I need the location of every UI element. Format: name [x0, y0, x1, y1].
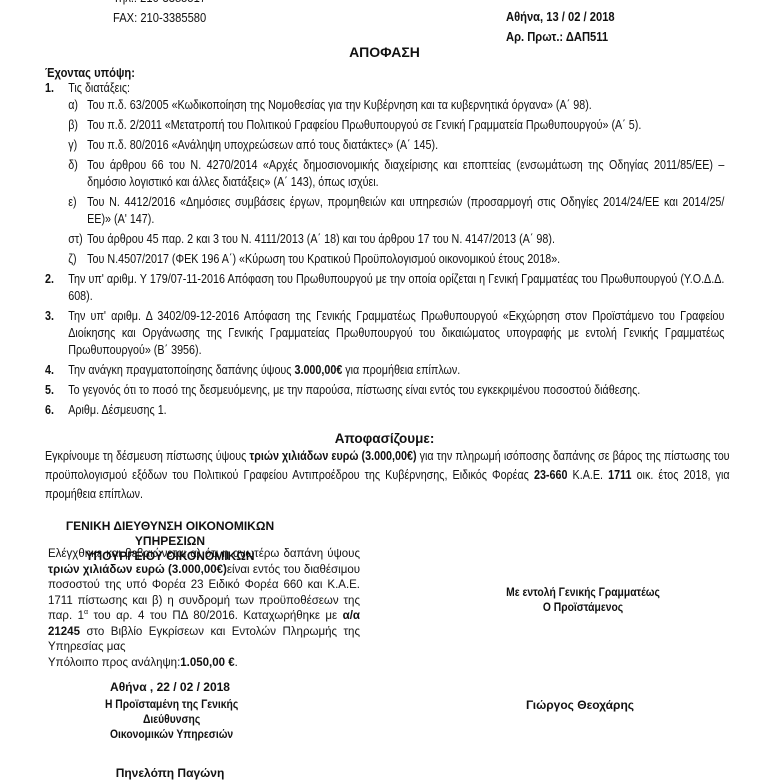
kae-code: 1711 — [608, 468, 631, 482]
fax-number: FAX: 210-3385580 — [113, 8, 206, 28]
list-item: 3. Την υπ' αριθμ. Δ 3402/09-12-2016 Απόφ… — [45, 308, 724, 359]
list-item: 6. Αριθμ. Δέσμευσης 1. — [45, 402, 724, 419]
phone-number: Τηλ.: 210-3385517 — [113, 0, 206, 8]
right-sign-line1: Με εντολή Γενικής Γραμματέως — [497, 585, 669, 600]
considerations-list: 1. Τις διατάξεις: α)Του π.δ. 63/2005 «Κω… — [45, 80, 724, 419]
considering-label: Έχοντας υπόψη: — [45, 64, 135, 81]
item-number: 1. — [45, 80, 68, 97]
item-number: 3. — [45, 308, 68, 359]
remaining-value: 1.050,00 € — [180, 657, 234, 669]
document-title: ΑΠΟΦΑΣΗ — [0, 44, 769, 61]
subitem: στ)Του άρθρου 45 παρ. 2 και 3 του Ν. 411… — [45, 231, 724, 248]
list-item: 4. Την ανάγκη πραγματοποίησης δαπάνης ύψ… — [45, 362, 724, 379]
gd-head-line2: Οικονομικών Υπηρεσιών — [77, 727, 266, 742]
right-sign-line2: Ο Προϊστάμενος — [497, 600, 669, 615]
subitem-label: γ) — [68, 137, 87, 154]
gd-date: Αθήνα , 22 / 02 / 2018 — [60, 679, 280, 696]
gd-head-line1: Η Προϊσταμένη της Γενικής Διεύθυνσης — [77, 697, 266, 727]
subitem-text: Του π.δ. 63/2005 «Κωδικοποίηση της Νομοθ… — [87, 97, 724, 114]
item-number: 5. — [45, 382, 68, 399]
signature-right-title: Με εντολή Γενικής Γραμματέως Ο Προϊστάμε… — [497, 585, 669, 615]
subitem: α)Του π.δ. 63/2005 «Κωδικοποίηση της Νομ… — [45, 97, 724, 114]
subitem: δ)Του άρθρου 66 του Ν. 4270/2014 «Αρχές … — [45, 157, 724, 191]
subitem-text: Του άρθρου 66 του Ν. 4270/2014 «Αρχές δη… — [87, 157, 724, 191]
subitem-label: δ) — [68, 157, 87, 191]
date-protocol-block: Αθήνα, 13 / 02 / 2018 Αρ. Πρωτ.: ΔΑΠ511 — [506, 7, 615, 47]
subitem: ε)Του Ν. 4412/2016 «Δημόσιες συμβάσεις έ… — [45, 194, 724, 228]
item-number: 6. — [45, 402, 68, 419]
item-number: 2. — [45, 271, 68, 305]
item-text: Την υπ' αριθμ. Δ 3402/09-12-2016 Απόφαση… — [68, 308, 724, 359]
decision-body: Εγκρίνουμε τη δέσμευση πίστωσης ύψους τρ… — [45, 447, 730, 504]
item-text: Την υπ' αριθμ. Υ 179/07-11-2016 Απόφαση … — [68, 271, 724, 305]
decision-amount: τριών χιλιάδων ευρώ (3.000,00€) — [249, 449, 416, 463]
general-directorate-certification: Ελέγχθηκε και βεβαιώνεται α) ότι η ανωτέ… — [48, 547, 360, 656]
subitem: γ)Του π.δ. 80/2016 «Ανάληψη υποχρεώσεων … — [45, 137, 724, 154]
subitem-label: ε) — [68, 194, 87, 228]
gd-title-line1: ΓΕΝΙΚΗ ΔΙΕΥΘΥΝΣΗ ΟΙΚΟΝΟΜΙΚΩΝ ΥΠΗΡΕΣΙΩΝ — [60, 519, 280, 549]
item-text: Αριθμ. Δέσμευσης 1. — [68, 402, 724, 419]
signatory-name-right: Γιώργος Θεοχάρης — [480, 697, 680, 714]
gd-amount: τριών χιλιάδων ευρώ (3.000,00€) — [48, 564, 227, 576]
item-text: Το γεγονός ότι το ποσό της δεσμευόμενης,… — [68, 382, 724, 399]
subitem-label: α) — [68, 97, 87, 114]
list-item: 1. Τις διατάξεις: — [45, 80, 724, 97]
amount: 3.000,00€ — [294, 363, 342, 377]
decision-title: Αποφασίζουμε: — [0, 430, 769, 447]
subitem-label: ζ) — [68, 251, 87, 268]
subitem-label: στ) — [68, 231, 87, 248]
agency-code: 23-660 — [534, 468, 567, 482]
subitem-label: β) — [68, 117, 87, 134]
list-item: 5. Το γεγονός ότι το ποσό της δεσμευόμεν… — [45, 382, 724, 399]
subitem-text: Του π.δ. 80/2016 «Ανάληψη υποχρεώσεων απ… — [87, 137, 724, 154]
subitem-text: Του Ν. 4412/2016 «Δημόσιες συμβάσεις έργ… — [87, 194, 724, 228]
item-number: 4. — [45, 362, 68, 379]
gd-head-title: Η Προϊσταμένη της Γενικής Διεύθυνσης Οικ… — [77, 697, 266, 742]
subitem: β)Του π.δ. 2/2011 «Μετατροπή του Πολιτικ… — [45, 117, 724, 134]
subitem-text: Του π.δ. 2/2011 «Μετατροπή του Πολιτικού… — [87, 117, 724, 134]
document-date: Αθήνα, 13 / 02 / 2018 — [506, 7, 615, 27]
subitem: ζ)Του Ν.4507/2017 (ΦΕΚ 196 Α΄) «Κύρωση τ… — [45, 251, 724, 268]
signatory-name-left: Πηνελόπη Παγώνη — [60, 765, 280, 782]
subitem-text: Του άρθρου 45 παρ. 2 και 3 του Ν. 4111/2… — [87, 231, 724, 248]
item-text: Τις διατάξεις: — [68, 80, 724, 97]
list-item: 2. Την υπ' αριθμ. Υ 179/07-11-2016 Απόφα… — [45, 271, 724, 305]
subitem-text: Του Ν.4507/2017 (ΦΕΚ 196 Α΄) «Κύρωση του… — [87, 251, 724, 268]
item-text: Την ανάγκη πραγματοποίησης δαπάνης ύψους… — [68, 362, 724, 379]
remaining-balance: Υπόλοιπο προς ανάληψη:1.050,00 €. — [48, 655, 238, 672]
